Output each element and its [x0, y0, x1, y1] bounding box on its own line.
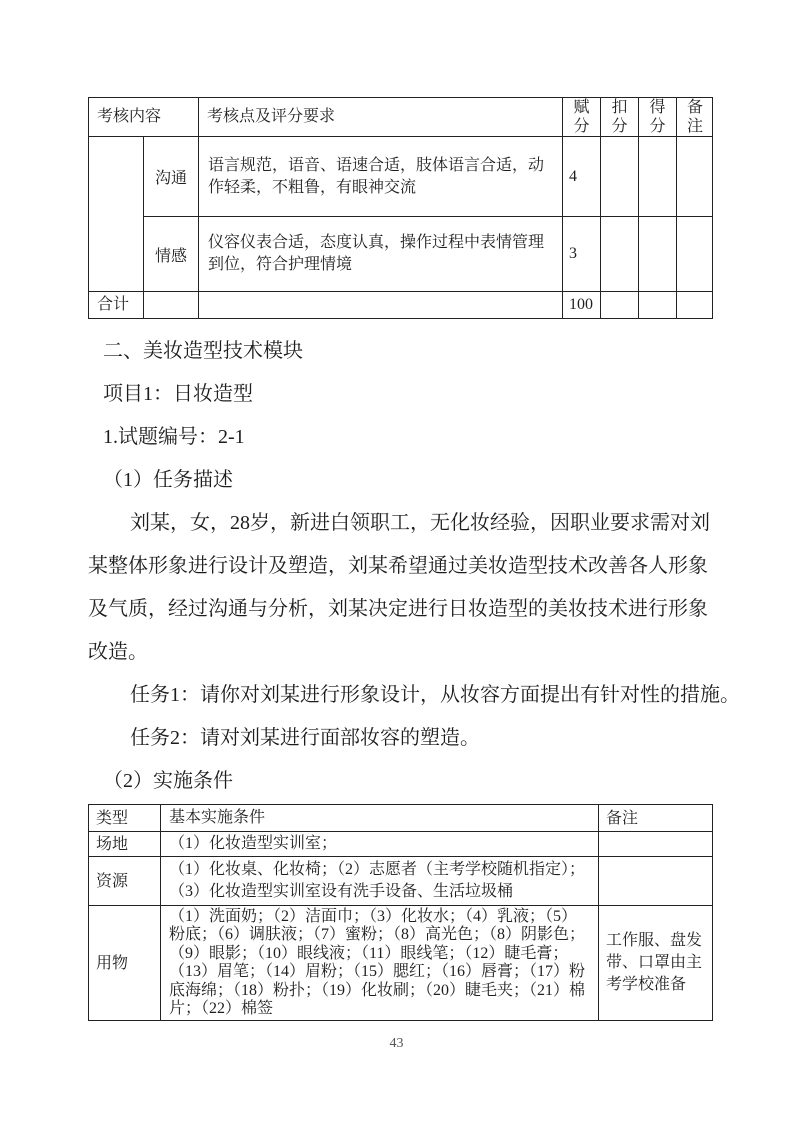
cell-remark: 工作服、盘发带、口罩由主考学校准备: [599, 906, 713, 1021]
cell-remark: [599, 857, 713, 906]
table-row: 情感 仪容仪表合适，态度认真，操作过程中表情管理到位，符合护理情境 3: [89, 217, 713, 292]
header-condition: 基本实施条件: [161, 805, 599, 832]
project-heading: 项目1：日妆造型: [88, 373, 705, 416]
table-row: 场地 （1）化妆造型实训室；: [89, 832, 713, 857]
cell-blank: [677, 292, 713, 319]
cell-deduction: [601, 137, 639, 217]
conditions-heading: （2）实施条件: [88, 760, 705, 803]
cell-points: 4: [563, 137, 601, 217]
header-score: 得分: [639, 98, 677, 137]
header-exam-content: 考核内容: [89, 98, 199, 137]
cell-condition: （1）洗面奶；（2）洁面巾；（3）化妆水；（4）乳液；（5）粉底；（6）调肤液；…: [161, 906, 599, 1021]
conditions-header-row: 类型 基本实施条件 备注: [89, 805, 713, 832]
cell-total-points: 100: [563, 292, 601, 319]
cell-remark: [677, 217, 713, 292]
table-row: 用物 （1）洗面奶；（2）洁面巾；（3）化妆水；（4）乳液；（5）粉底；（6）调…: [89, 906, 713, 1021]
cell-score: [639, 217, 677, 292]
page-number: 43: [0, 1036, 793, 1052]
header-criteria: 考核点及评分要求: [199, 98, 563, 137]
header-remark: 备注: [599, 805, 713, 832]
total-row: 合计 100: [89, 292, 713, 319]
cell-criteria: 语言规范，语音、语速合适，肢体语言合适，动作轻柔，不粗鲁，有眼神交流: [199, 137, 563, 217]
cell-condition: （1）化妆桌、化妆椅；（2）志愿者（主考学校随机指定）；（3）化妆造型实训室设有…: [161, 857, 599, 906]
header-deduction: 扣分: [601, 98, 639, 137]
cell-category: 沟通: [144, 137, 199, 217]
paragraph-line: 某整体形象进行设计及塑造，刘某希望通过美妆造型技术改善各人形象: [88, 545, 705, 588]
cell-score: [639, 137, 677, 217]
paragraph-line: 刘某，女，28岁，新进白领职工，无化妆经验，因职业要求需对刘: [88, 502, 705, 545]
cell-blank: [639, 292, 677, 319]
implementation-conditions-table: 类型 基本实施条件 备注 场地 （1）化妆造型实训室； 资源 （1）化妆桌、化妆…: [88, 804, 713, 1021]
score-table-header-row: 考核内容 考核点及评分要求 赋分 扣分 得分 备注: [89, 98, 713, 137]
document-page: 考核内容 考核点及评分要求 赋分 扣分 得分 备注 沟通 语言规范，语音、语速合…: [0, 0, 793, 1122]
paragraph-line: 及气质，经过沟通与分析，刘某决定进行日妆造型的美妆技术进行形象: [88, 588, 705, 631]
cell-condition: （1）化妆造型实训室；: [161, 832, 599, 857]
task2-line: 任务2：请对刘某进行面部妆容的塑造。: [88, 717, 705, 760]
table-row: 沟通 语言规范，语音、语速合适，肢体语言合适，动作轻柔，不粗鲁，有眼神交流 4: [89, 137, 713, 217]
cell-category: 情感: [144, 217, 199, 292]
cell-type: 场地: [89, 832, 161, 857]
cell-points: 3: [563, 217, 601, 292]
page-content: 考核内容 考核点及评分要求 赋分 扣分 得分 备注 沟通 语言规范，语音、语速合…: [88, 97, 712, 1021]
header-type: 类型: [89, 805, 161, 832]
cell-criteria: 仪容仪表合适，态度认真，操作过程中表情管理到位，符合护理情境: [199, 217, 563, 292]
table-row: 资源 （1）化妆桌、化妆椅；（2）志愿者（主考学校随机指定）；（3）化妆造型实训…: [89, 857, 713, 906]
cell-blank: [601, 292, 639, 319]
cell-blank: [144, 292, 199, 319]
cell-remark: [677, 137, 713, 217]
module-heading: 二、美妆造型技术模块: [88, 330, 705, 373]
cell-group-blank: [89, 137, 144, 292]
assessment-score-table: 考核内容 考核点及评分要求 赋分 扣分 得分 备注 沟通 语言规范，语音、语速合…: [88, 97, 713, 319]
body-text: 二、美妆造型技术模块 项目1：日妆造型 1.试题编号：2-1 （1）任务描述 刘…: [88, 330, 705, 803]
cell-deduction: [601, 217, 639, 292]
paragraph-line: 改造。: [88, 631, 705, 674]
task1-line: 任务1：请你对刘某进行形象设计，从妆容方面提出有针对性的措施。: [88, 674, 705, 717]
header-remark: 备注: [677, 98, 713, 137]
cell-remark: [599, 832, 713, 857]
cell-blank: [199, 292, 563, 319]
exam-number-line: 1.试题编号：2-1: [88, 416, 705, 459]
cell-type: 资源: [89, 857, 161, 906]
header-points: 赋分: [563, 98, 601, 137]
cell-total-label: 合计: [89, 292, 144, 319]
cell-type: 用物: [89, 906, 161, 1021]
task-description-heading: （1）任务描述: [88, 459, 705, 502]
